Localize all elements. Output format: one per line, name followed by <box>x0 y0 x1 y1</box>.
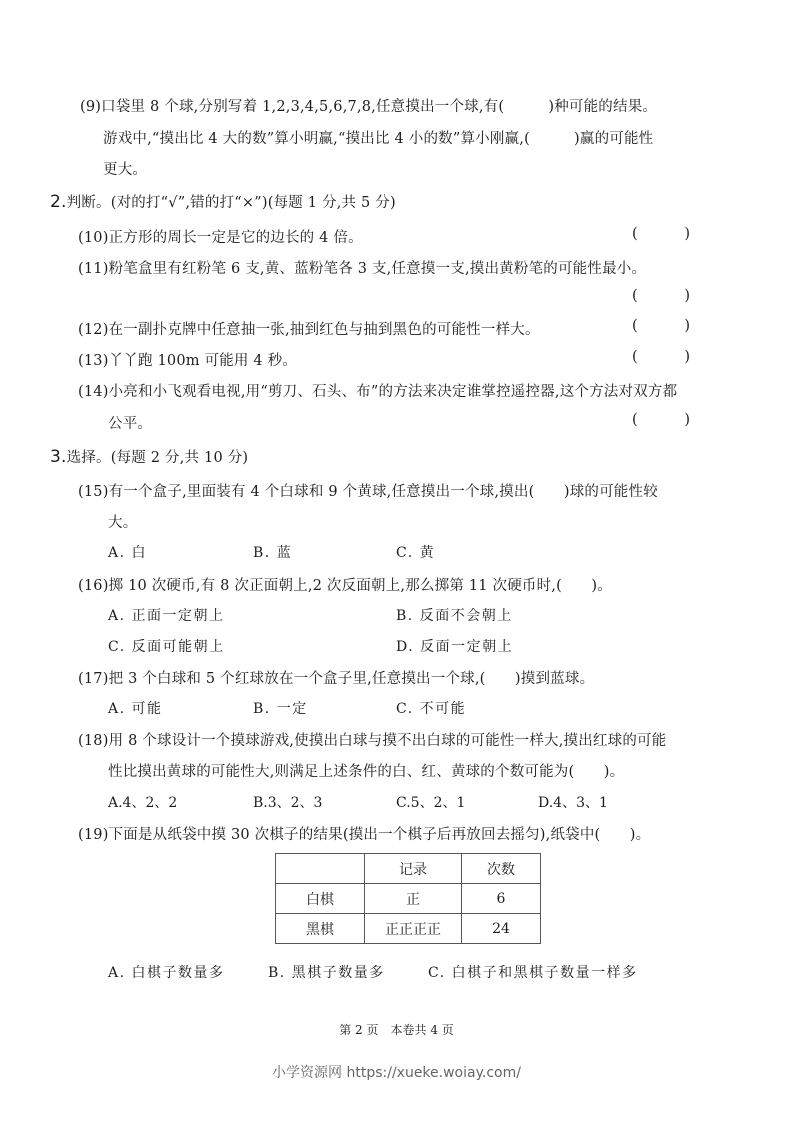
q15-option-b[interactable]: B. 蓝 <box>253 542 292 562</box>
table-header-row: 记录 次数 <box>276 854 541 884</box>
q12: (12)在一副扑克牌中任意抽一张,抽到红色与抽到黑色的可能性一样大。 <box>78 318 540 339</box>
q13: (13)丫丫跑 100m 可能用 4 秒。 <box>78 349 297 370</box>
section3-title: 选择。(每题 2 分,共 10 分) <box>67 450 249 466</box>
table-cell: 黑棋 <box>276 914 365 944</box>
table-cell: 白棋 <box>276 884 365 914</box>
q11-answer-blank[interactable]: () <box>632 288 690 304</box>
q18-option-b[interactable]: B.3、2、3 <box>253 792 322 812</box>
table-cell: 24 <box>462 914 541 944</box>
q19: (19)下面是从纸袋中摸 30 次棋子的结果(摸出一个棋子后再放回去摇匀),纸袋… <box>78 823 650 844</box>
q11: (11)粉笔盒里有红粉笔 6 支,黄、蓝粉笔各 3 支,任意摸一支,摸出黄粉笔的… <box>78 257 646 278</box>
table-row: 黑棋 正正正正 24 <box>276 914 541 944</box>
q9-line2: 游戏中,“摸出比 4 大的数”算小明赢,“摸出比 4 小的数”算小刚赢,( )赢… <box>103 127 653 148</box>
q15-option-c[interactable]: C. 黄 <box>396 542 435 562</box>
q10-answer-blank[interactable]: () <box>632 226 690 242</box>
table-cell: 正 <box>365 884 462 914</box>
table-cell: 6 <box>462 884 541 914</box>
table-row: 白棋 正 6 <box>276 884 541 914</box>
q16-option-c[interactable]: C. 反面可能朝上 <box>108 636 225 656</box>
section3-heading: 3.选择。(每题 2 分,共 10 分) <box>50 446 248 467</box>
section2-number: 2. <box>50 192 67 212</box>
q16: (16)掷 10 次硬币,有 8 次正面朝上,2 次反面朝上,那么掷第 11 次… <box>78 574 612 595</box>
q17-option-b[interactable]: B. 一定 <box>253 698 308 718</box>
table-header-cell <box>276 854 365 884</box>
q9-line1: (9)口袋里 8 个球,分别写着 1,2,3,4,5,6,7,8,任意摸出一个球… <box>80 95 657 116</box>
q18-line1: (18)用 8 个球设计一个摸球游戏,使摸出白球与摸不出白球的可能性一样大,摸出… <box>78 729 666 750</box>
watermark-link[interactable]: 小学资源网 https://xueke.woiay.com/ <box>0 1062 793 1082</box>
table-header-cell: 次数 <box>462 854 541 884</box>
q16-option-a[interactable]: A. 正面一定朝上 <box>108 605 225 625</box>
q14-line1: (14)小亮和小飞观看电视,用“剪刀、石头、布”的方法来决定谁掌控遥控器,这个方… <box>78 380 677 401</box>
q19-option-b[interactable]: B. 黑棋子数量多 <box>268 962 385 982</box>
q13-answer-blank[interactable]: () <box>632 349 690 365</box>
q14-line2: 公平。 <box>108 412 152 433</box>
q18-option-c[interactable]: C.5、2、1 <box>396 792 465 812</box>
q18-line2: 性比摸出黄球的可能性大,则满足上述条件的白、红、黄球的个数可能为( )。 <box>108 760 624 781</box>
q18-option-d[interactable]: D.4、3、1 <box>538 792 608 812</box>
table-cell: 正正正正 <box>365 914 462 944</box>
q15-line1: (15)有一个盒子,里面装有 4 个白球和 9 个黄球,任意摸出一个球,摸出( … <box>78 480 658 501</box>
table-header-cell: 记录 <box>365 854 462 884</box>
q18-option-a[interactable]: A.4、2、2 <box>108 792 177 812</box>
q16-option-b[interactable]: B. 反面不会朝上 <box>396 605 513 625</box>
q15-option-a[interactable]: A. 白 <box>108 542 147 562</box>
page-footer: 第 2 页 本卷共 4 页 <box>0 1021 793 1038</box>
q15-line2: 大。 <box>108 511 137 532</box>
q12-answer-blank[interactable]: () <box>632 318 690 334</box>
section2-heading: 2.判断。(对的打“√”,错的打“×”)(每题 1 分,共 5 分) <box>50 191 396 212</box>
q19-option-a[interactable]: A. 白棋子数量多 <box>108 962 225 982</box>
q10: (10)正方形的周长一定是它的边长的 4 倍。 <box>78 226 363 247</box>
q14-answer-blank[interactable]: () <box>632 412 690 428</box>
q17-option-c[interactable]: C. 不可能 <box>396 698 466 718</box>
q17: (17)把 3 个白球和 5 个红球放在一个盒子里,任意摸出一个球,( )摸到蓝… <box>78 667 594 688</box>
q16-option-d[interactable]: D. 反面一定朝上 <box>396 636 513 656</box>
q17-option-a[interactable]: A. 可能 <box>108 698 163 718</box>
q9-line3: 更大。 <box>103 158 147 179</box>
section3-number: 3. <box>50 447 67 467</box>
q19-record-table: 记录 次数 白棋 正 6 黑棋 正正正正 24 <box>275 853 541 944</box>
section2-title: 判断。(对的打“√”,错的打“×”)(每题 1 分,共 5 分) <box>67 195 396 211</box>
q19-option-c[interactable]: C. 白棋子和黑棋子数量一样多 <box>428 962 638 982</box>
